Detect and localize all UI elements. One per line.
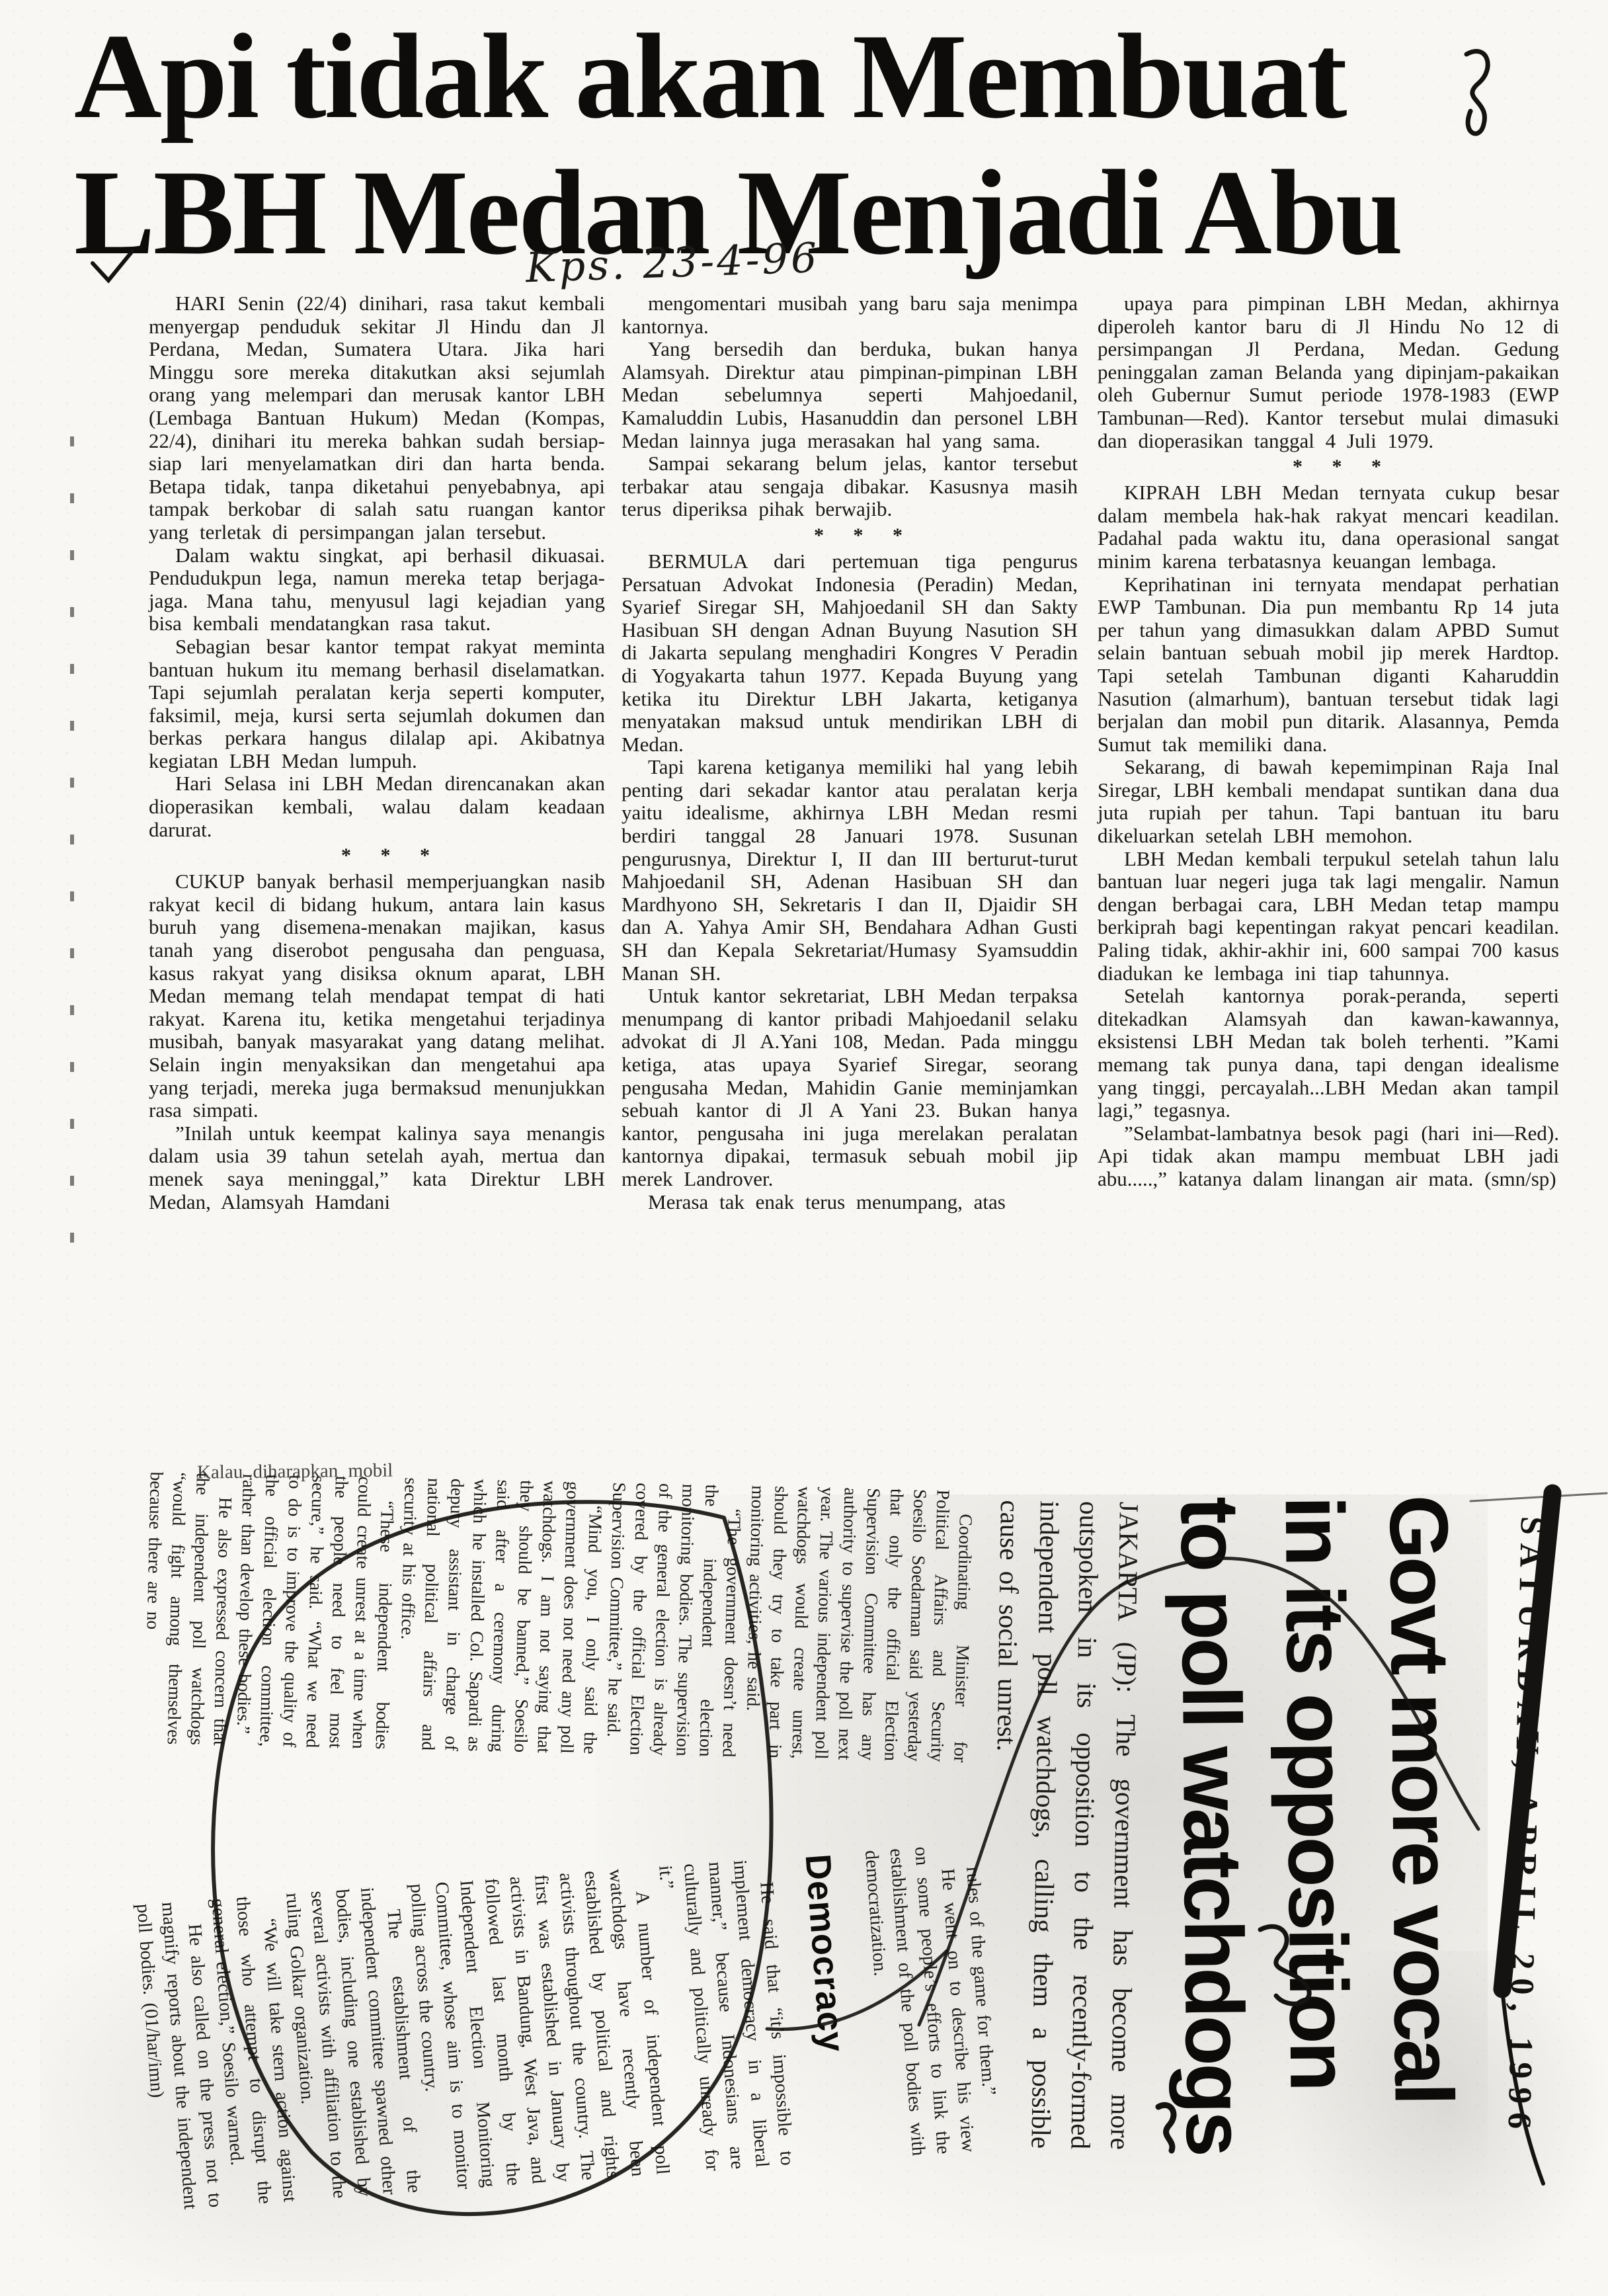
paragraph: The establishment of the independent com… — [280, 1885, 426, 2201]
paragraph: Sampai sekarang belum jelas, kantor ters… — [622, 452, 1078, 521]
paragraph: He also expressed concern that the indep… — [140, 1471, 238, 1746]
paragraph: to poll watchdogs — [1157, 1496, 1267, 2165]
section-separator: * * * — [622, 521, 1078, 550]
paragraph: A number of independent poll watchdogs h… — [404, 1866, 675, 2192]
section-separator: * * * — [149, 841, 605, 870]
clipping-subhead: Democracy — [791, 1852, 867, 2164]
handwritten-date-annotation: Kps. 23-4-96 — [525, 233, 844, 292]
column-2-paragraphs: BERMULA dari pertemuan tiga pengurus Per… — [622, 550, 1078, 1213]
paragraph: Tapi karena ketiganya memiliki hal yang … — [622, 756, 1078, 985]
column-3-paragraphs: KIPRAH LBH Medan ternyata cukup besar da… — [1098, 481, 1559, 1190]
column-2-paragraphs: mengomentari musibah yang baru saja meni… — [622, 292, 1078, 521]
paragraph: Merasa tak enak terus menumpang, atas — [622, 1191, 1078, 1214]
paragraph: Untuk kantor sekretariat, LBH Medan terp… — [622, 985, 1078, 1190]
clipping-headline: Govt more vocalin its oppositionto poll … — [1146, 1495, 1476, 2165]
paragraph: mengomentari musibah yang baru saja meni… — [622, 292, 1078, 338]
article-column-3: upaya para pimpinan LBH Medan, akhirnya … — [1098, 292, 1559, 1191]
clipping-column-b-paragraphs: rules of the game for them.”He went on t… — [858, 1842, 1005, 2159]
paragraph: BERMULA dari pertemuan tiga pengurus Per… — [622, 550, 1078, 756]
paragraph: “Mind you, I only said the government do… — [394, 1477, 608, 1754]
article-column-2: mengomentari musibah yang baru saja meni… — [622, 292, 1078, 1213]
main-headline-line1: Api tidak akan Membuat — [74, 8, 1568, 144]
clipping-column-a-paragraphs: Coordinating Minister for Political Affa… — [140, 1471, 979, 1762]
clipping-headline-lines: Govt more vocalin its oppositionto poll … — [1157, 1495, 1476, 2165]
paragraph: Govt more vocal — [1366, 1495, 1476, 2163]
paragraph: in its opposition — [1262, 1495, 1372, 2164]
paragraph: Keprihatinan ini ternyata mendapat perha… — [1098, 573, 1559, 757]
paragraph: “The government doesn’t need the indepen… — [602, 1482, 746, 1758]
column-1-paragraphs: CUKUP banyak berhasil memperjuangkan nas… — [149, 870, 605, 1213]
paragraph: Yang bersedih dan berduka, bukan hanya A… — [622, 338, 1078, 452]
paragraph: He said that “it’s impossible to impleme… — [653, 1858, 799, 2174]
paragraph: “These independent bodies could create u… — [232, 1473, 400, 1749]
paragraph: ”Selambat-lambatnya besok pagi (hari ini… — [1098, 1122, 1559, 1191]
paragraph: Hari Selasa ini LBH Medan direncanakan a… — [149, 772, 605, 841]
clipping-column-b: rules of the game for them.”He went on t… — [61, 1842, 1005, 2217]
clipping-date: SATURDAY, APRIL 20, 1996 — [1484, 1516, 1567, 2218]
article-column-1: HARI Senin (22/4) dinihari, rasa takut k… — [149, 292, 605, 1213]
paragraph: upaya para pimpinan LBH Medan, akhirnya … — [1098, 292, 1559, 452]
scanned-newspaper-page: Api tidak akan Membuat LBH Medan Menjadi… — [0, 0, 1608, 2296]
column-3-paragraphs: upaya para pimpinan LBH Medan, akhirnya … — [1098, 292, 1559, 452]
column-1-paragraphs: HARI Senin (22/4) dinihari, rasa takut k… — [149, 292, 605, 841]
paragraph: Dalam waktu singkat, api berhasil dikuas… — [149, 544, 605, 635]
torn-edge-ticks — [70, 436, 74, 1290]
paragraph: CUKUP banyak berhasil memperjuangkan nas… — [149, 870, 605, 1122]
paragraph: LBH Medan kembali terpukul setelah tahun… — [1098, 848, 1559, 985]
paragraph: Setelah kantornya porak-peranda, seperti… — [1098, 985, 1559, 1122]
paragraph: Coordinating Minister for Political Affa… — [741, 1485, 978, 1763]
paragraph: ”Inilah untuk keempat kalinya saya menan… — [149, 1122, 605, 1213]
clipping-column-a: Coordinating Minister for Political Affa… — [46, 1469, 979, 1763]
paragraph: HARI Senin (22/4) dinihari, rasa takut k… — [149, 292, 605, 544]
paragraph: KIPRAH LBH Medan ternyata cukup besar da… — [1098, 481, 1559, 573]
clipping-edge-rule — [1470, 1493, 1607, 1501]
clipping-lead-text: JAKARTA (JP): The government has become … — [981, 1500, 1149, 2150]
section-separator: * * * — [1098, 452, 1559, 481]
clipping-lead-paragraph: JAKARTA (JP): The government has become … — [980, 1500, 1149, 2150]
paragraph: Sekarang, di bawah kepemimpinan Raja Ina… — [1098, 756, 1559, 847]
paragraph: Sebagian besar kantor tempat rakyat memi… — [149, 635, 605, 773]
clipping-column-b-paragraphs: He said that “it’s impossible to impleme… — [130, 1858, 799, 2213]
